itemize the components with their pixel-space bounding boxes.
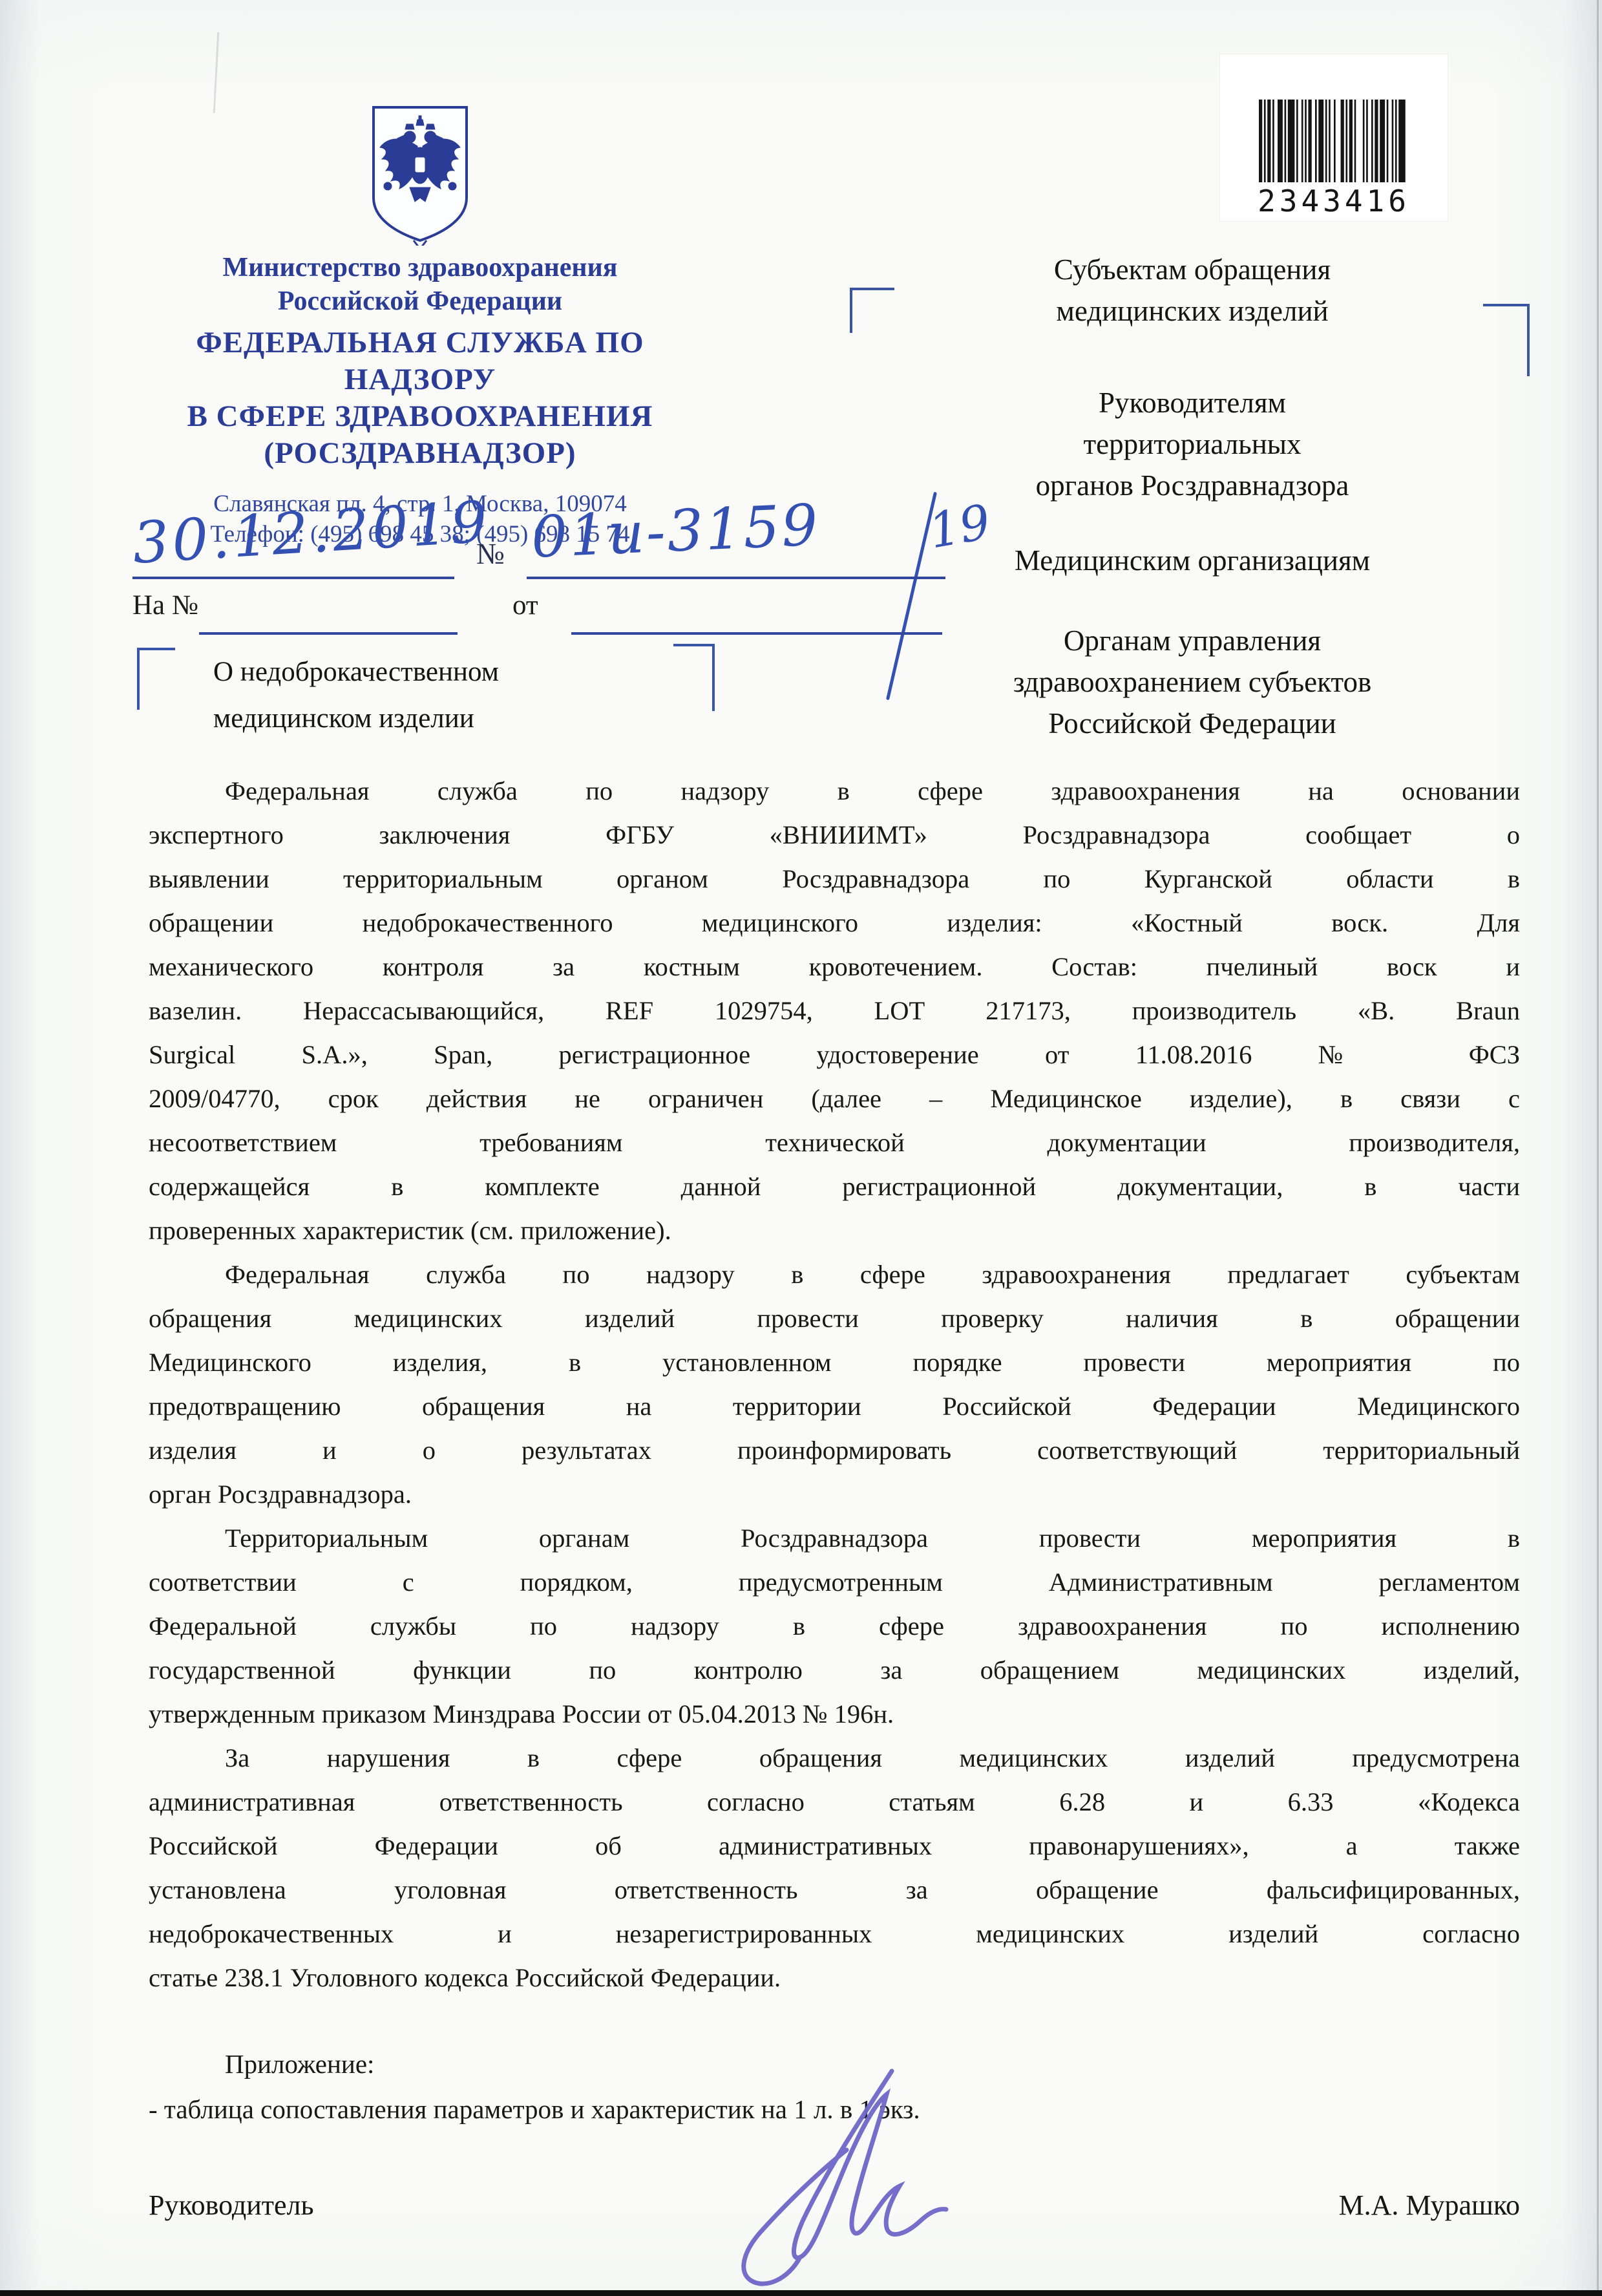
signer-name: М.А. Мурашко — [1339, 2189, 1520, 2222]
recipient-block: Субъектам обращениямедицинских изделий — [859, 249, 1525, 332]
corner-mark — [673, 644, 715, 711]
form-line — [199, 632, 458, 635]
barcode-label: 2343416 — [1220, 54, 1448, 221]
ministry-line: Российской Федерации — [116, 284, 724, 318]
barcode-icon — [1259, 100, 1409, 182]
corner-mark — [137, 648, 175, 710]
service-line: ФЕДЕРАЛЬНАЯ СЛУЖБА ПО НАДЗОРУ — [116, 324, 724, 398]
service-line: В СФЕРЕ ЗДРАВООХРАНЕНИЯ — [116, 398, 724, 435]
service-name: ФЕДЕРАЛЬНАЯ СЛУЖБА ПО НАДЗОРУ В СФЕРЕ ЗД… — [116, 324, 724, 472]
paragraph: Федеральная служба по надзору в сфере зд… — [149, 769, 1520, 1253]
form-line — [132, 577, 454, 579]
signer-title: Руководитель — [149, 2189, 314, 2222]
service-line: (РОСЗДРАВНАДЗОР) — [116, 435, 724, 472]
number-sign: № — [476, 537, 505, 571]
barcode-number: 2343416 — [1220, 184, 1448, 218]
letter-body: Федеральная служба по надзору в сфере зд… — [149, 769, 1520, 2000]
scanned-letter-page: 2343416 — [0, 0, 1602, 2296]
scan-edge-right — [1597, 0, 1599, 2296]
ministry-name: Министерство здравоохранения Российской … — [116, 251, 724, 318]
recipients-column: Субъектам обращениямедицинских изделий Р… — [859, 249, 1525, 744]
letterhead: Министерство здравоохранения Российской … — [116, 103, 724, 549]
in-reply-to-label: На № — [132, 590, 198, 621]
subject-line: О недоброкачественноммедицинском изделии — [213, 649, 640, 742]
scan-crease — [213, 32, 220, 113]
paragraph: Территориальным органам Росздравнадзора … — [149, 1516, 1520, 1736]
recipient-block: Руководителямтерриториальныхорганов Росз… — [859, 382, 1525, 506]
corner-mark — [1483, 304, 1530, 376]
russian-coat-of-arms-icon — [368, 103, 472, 246]
paragraph: Федеральная служба по надзору в сфере зд… — [149, 1253, 1520, 1516]
corner-mark — [850, 288, 894, 333]
handwritten-number-suffix: 19 — [925, 494, 995, 559]
ministry-line: Министерство здравоохранения — [116, 251, 724, 284]
form-line — [571, 632, 942, 635]
handwritten-signature — [633, 2066, 995, 2293]
paragraph: За нарушения в сфере обращения медицинск… — [149, 1736, 1520, 2000]
from-date-label: от — [512, 590, 538, 621]
handwritten-outgoing-number: 01и-3159 — [530, 491, 821, 570]
form-line — [527, 577, 945, 579]
recipient-block: Органам управленияздравоохранением субъе… — [859, 620, 1525, 744]
